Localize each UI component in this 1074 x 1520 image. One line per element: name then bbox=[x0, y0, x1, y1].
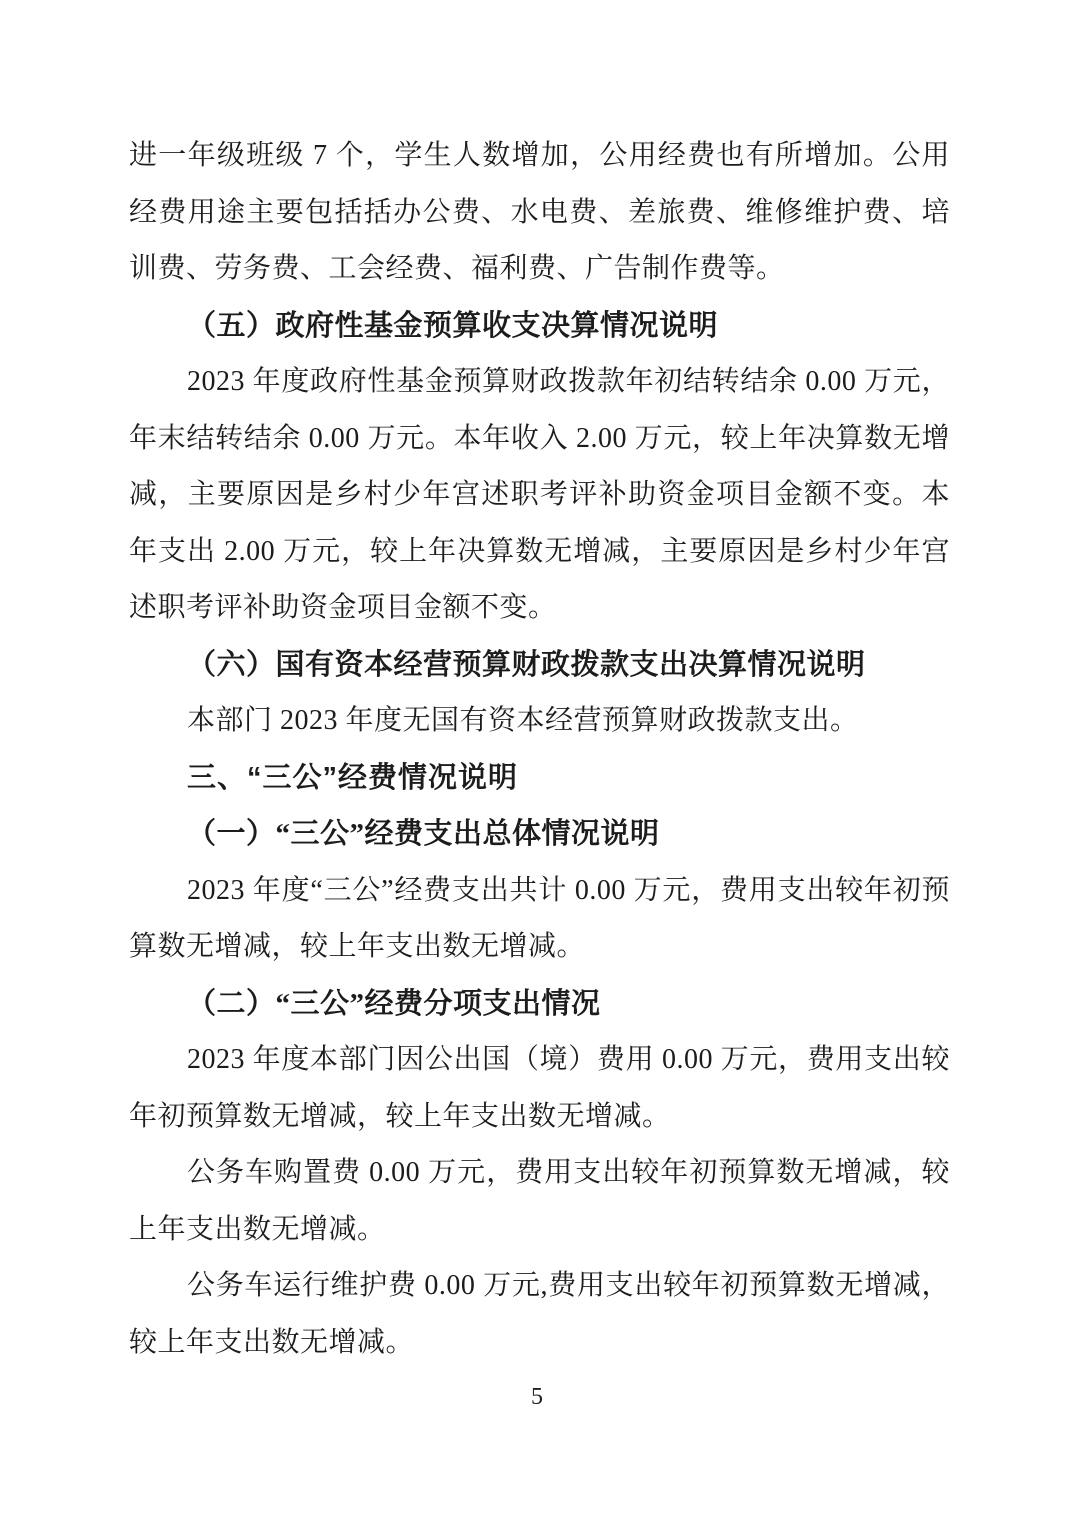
paragraph-line: 2023 年度“三公”经费支出共计 0.00 万元，费用支出较年初预 bbox=[129, 863, 950, 920]
heading-chapter-three: 三、“三公”经费情况说明 bbox=[129, 750, 950, 807]
document-page: 进一年级班级 7 个，学生人数增加，公用经费也有所增加。公用 经费用途主要包括括… bbox=[0, 0, 1074, 1520]
heading-section-6: （六）国有资本经营预算财政拨款支出决算情况说明 bbox=[129, 637, 950, 694]
paragraph-line: 算数无增减，较上年支出数无增减。 bbox=[129, 919, 950, 976]
paragraph-line: 本部门 2023 年度无国有资本经营预算财政拨款支出。 bbox=[129, 693, 950, 750]
paragraph-line: 进一年级班级 7 个，学生人数增加，公用经费也有所增加。公用 bbox=[129, 128, 950, 185]
paragraph-line: 上年支出数无增减。 bbox=[129, 1202, 950, 1259]
paragraph-line: 述职考评补助资金项目金额不变。 bbox=[129, 580, 950, 637]
paragraph-line: 训费、劳务费、工会经费、福利费、广告制作费等。 bbox=[129, 241, 950, 298]
heading-subsection-1: （一）“三公”经费支出总体情况说明 bbox=[129, 806, 950, 863]
paragraph-line: 年初预算数无增减，较上年支出数无增减。 bbox=[129, 1089, 950, 1146]
heading-section-5: （五）政府性基金预算收支决算情况说明 bbox=[129, 298, 950, 355]
paragraph-line: 减，主要原因是乡村少年宫述职考评补助资金项目金额不变。本 bbox=[129, 467, 950, 524]
paragraph-line: 公务车购置费 0.00 万元，费用支出较年初预算数无增减，较 bbox=[129, 1145, 950, 1202]
paragraph-line: 公务车运行维护费 0.00 万元,费用支出较年初预算数无增减， bbox=[129, 1258, 950, 1315]
paragraph-line: 较上年支出数无增减。 bbox=[129, 1315, 950, 1372]
paragraph-line: 年末结转结余 0.00 万元。本年收入 2.00 万元，较上年决算数无增 bbox=[129, 411, 950, 468]
document-body: 进一年级班级 7 个，学生人数增加，公用经费也有所增加。公用 经费用途主要包括括… bbox=[129, 128, 950, 1371]
paragraph-line: 2023 年度本部门因公出国（境）费用 0.00 万元，费用支出较 bbox=[129, 1032, 950, 1089]
paragraph-line: 经费用途主要包括括办公费、水电费、差旅费、维修维护费、培 bbox=[129, 185, 950, 242]
page-number: 5 bbox=[0, 1382, 1074, 1412]
heading-subsection-2: （二）“三公”经费分项支出情况 bbox=[129, 976, 950, 1033]
paragraph-line: 2023 年度政府性基金预算财政拨款年初结转结余 0.00 万元， bbox=[129, 354, 950, 411]
paragraph-line: 年支出 2.00 万元，较上年决算数无增减，主要原因是乡村少年宫 bbox=[129, 524, 950, 581]
